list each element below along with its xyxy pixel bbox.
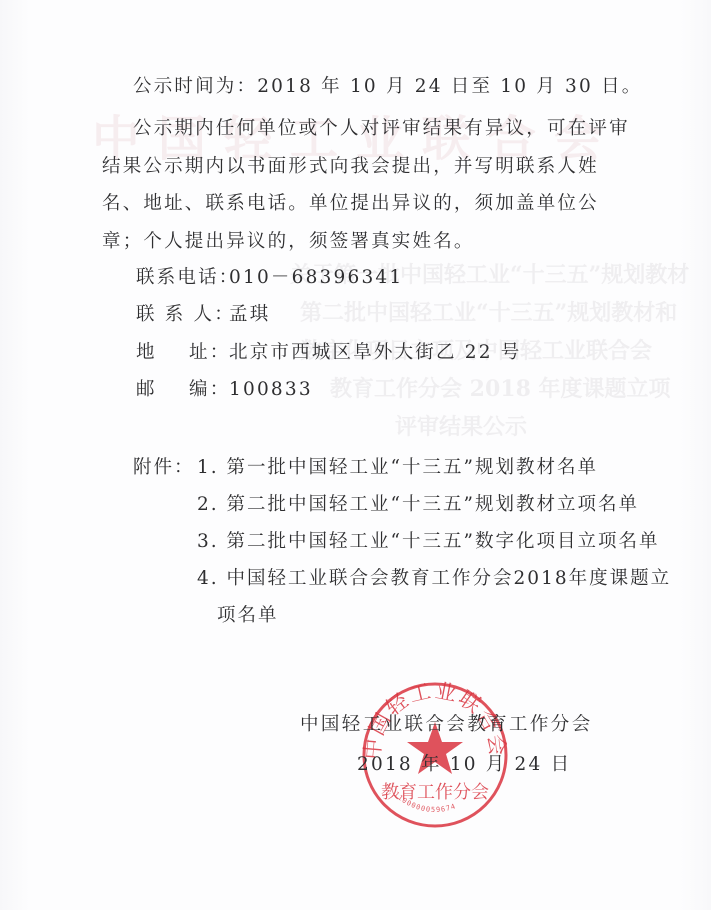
attachment-item: 3. 第二批中国轻工业“十三五”数字化项目立项名单 (197, 527, 659, 553)
contact-phone: 联系电话：010－68396341 (136, 263, 403, 289)
contact-phone-label: 联系电话： (136, 263, 229, 289)
attachment-item-continued: 项名单 (217, 601, 279, 627)
contact-postcode-value: 100833 (229, 379, 313, 400)
attachments-label: 附件： (133, 453, 195, 479)
contact-phone-value: 010－68396341 (229, 267, 403, 288)
publicity-period: 公示时间为：2018 年 10 月 24 日至 10 月 30 日。 (133, 72, 642, 98)
signing-organization: 中国轻工业联合会教育工作分会 (300, 710, 593, 736)
attachment-item: 2. 第二批中国轻工业“十三五”规划教材立项名单 (197, 490, 639, 516)
contact-address-value: 北京市西城区阜外大街乙 22 号 (229, 342, 522, 363)
attachment-item: 1. 第一批中国轻工业“十三五”规划教材名单 (197, 453, 598, 479)
signing-date: 2018 年 10 月 24 日 (357, 750, 571, 776)
contact-postcode-label: 邮 编： (136, 375, 229, 401)
bleed-through-title-line: 评审结果公示 (395, 410, 527, 441)
contact-person: 联 系 人：孟琪 (136, 300, 270, 326)
contact-person-value: 孟琪 (229, 304, 270, 325)
objection-paragraph: 公示期内任何单位或个人对评审结果有异议，可在评审结果公示期内以书面形式向我会提出… (102, 110, 632, 260)
contact-postcode: 邮 编：100833 (136, 375, 313, 401)
bleed-through-title-line: 教育工作分会 2018 年度课题立项 (330, 372, 671, 403)
bleed-through-title-line: 第二批中国轻工业“十三五”规划教材和 (300, 296, 677, 327)
contact-person-label: 联 系 人： (136, 300, 229, 326)
attachment-item: 4. 中国轻工业联合会教育工作分会2018年度课题立 (197, 564, 671, 590)
contact-address-label: 地 址： (136, 338, 229, 364)
contact-address: 地 址：北京市西城区阜外大街乙 22 号 (136, 338, 522, 364)
